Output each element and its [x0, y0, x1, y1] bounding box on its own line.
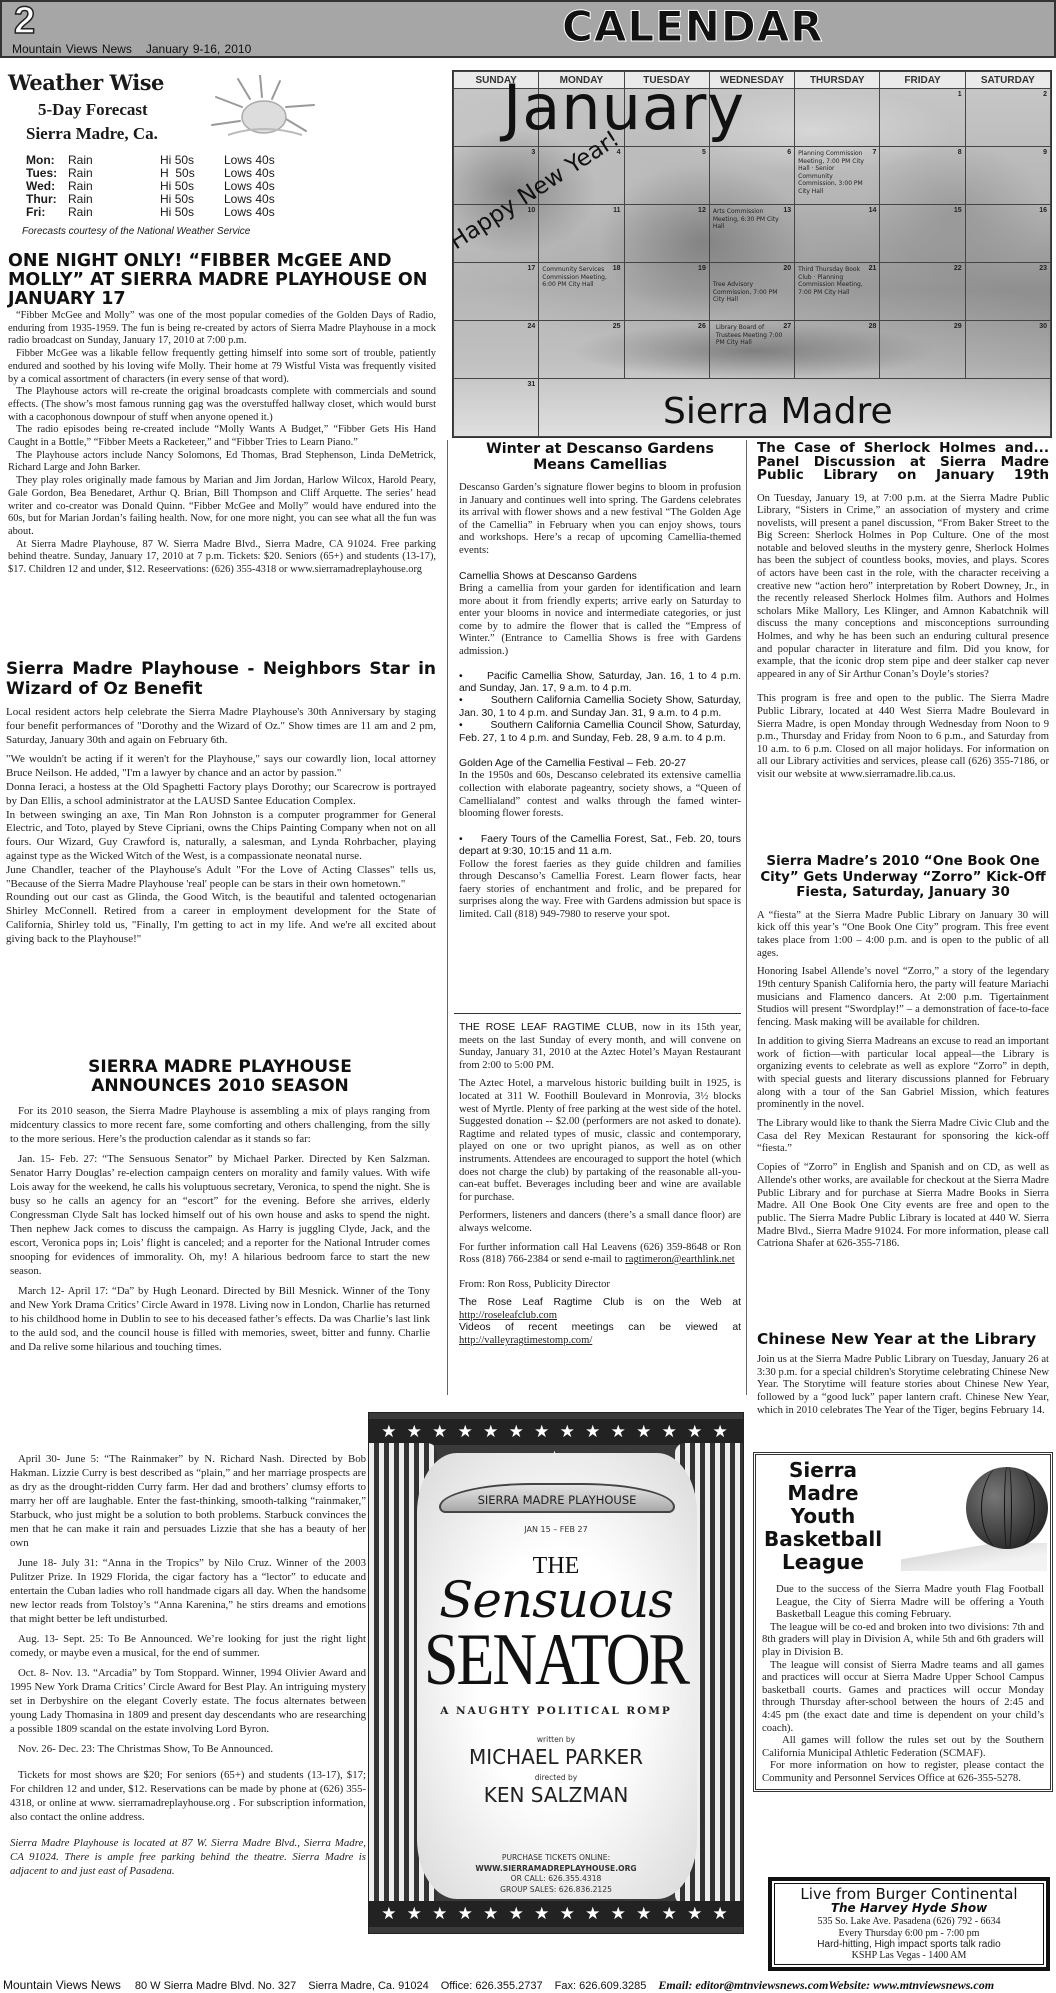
calendar-day: 19 [624, 263, 709, 321]
ad-show-name: The Harvey Hyde Show [775, 1901, 1043, 1915]
calendar-event: Third Thursday Book Club · Planning Comm… [798, 266, 868, 296]
article-body: A “fiesta” at the Sierra Madre Public Li… [757, 910, 1049, 1252]
forecast-row: Fri:RainHi 50sLows 40s [26, 206, 275, 219]
article-wizard-of-oz: Sierra Madre Playhouse - Neighbors Star … [6, 660, 436, 947]
article-body: Join us at the Sierra Madre Public Libra… [757, 1354, 1049, 1418]
weekday-header: THURSDAY [795, 72, 880, 89]
january-calendar: SUNDAY MONDAY TUESDAY WEDNESDAY THURSDAY… [452, 70, 1052, 438]
column-divider [447, 440, 448, 1395]
poster-title-senator: SENATOR [369, 1618, 743, 1703]
page-footer: Mountain Views News80 W Sierra Madre Blv… [0, 1978, 1056, 1993]
calendar-day: 11 [539, 205, 624, 263]
list-item: • Southern California Camellia Council S… [459, 720, 741, 745]
footer-website[interactable]: Website: www.mtnviewsnews.com [828, 1978, 994, 1992]
footer-office-phone: Office: 626.355.2737 [441, 1980, 543, 1992]
weekday-header: SATURDAY [965, 72, 1050, 89]
forecast-location: Sierra Madre, Ca. [26, 124, 158, 144]
article-headline: SIERRA MADRE PLAYHOUSE ANNOUNCES 2010 SE… [10, 1058, 430, 1096]
calendar-day [795, 89, 880, 147]
article-headline: The Case of Sherlock Holmes and... Panel… [757, 442, 1049, 483]
subhead: Golden Age of the Camellia Festival – Fe… [459, 758, 741, 770]
article-one-book-one-city: Sierra Madre’s 2010 “One Book One City” … [757, 854, 1049, 1251]
calendar-month-title: January [503, 71, 745, 144]
calendar-day: 17 [454, 263, 539, 321]
basketball-icon [966, 1467, 1048, 1549]
column-divider [746, 440, 747, 1395]
ad-tagline: Hard-hitting, High impact sports talk ra… [775, 1939, 1043, 1950]
calendar-day: 27Library Board of Trustees Meeting 7:00… [709, 321, 794, 379]
article-headline: Winter at Descanso Gardens Means Camelli… [459, 442, 741, 473]
calendar-event: Arts Commission Meeting, 6:30 PM City Ha… [713, 208, 783, 231]
calendar-day: 21Third Thursday Book Club · Planning Co… [795, 263, 880, 321]
calendar-event: Tree Advisory Commission, 7:00 PM City H… [713, 281, 783, 304]
calendar-day: 29 [880, 321, 965, 379]
poster-tagline: A NAUGHTY POLITICAL ROMP [369, 1705, 743, 1717]
calendar-day: 12 [624, 205, 709, 263]
poster-writer: MICHAEL PARKER [369, 1745, 743, 1769]
burger-continental-ad: Live from Burger Continental The Harvey … [768, 1877, 1050, 1971]
calendar-day: 16 [965, 205, 1050, 263]
calendar-day: 7Planning Commission Meeting, 7:00 PM Ci… [795, 147, 880, 205]
footer-publication: Mountain Views News [3, 1978, 121, 1992]
subhead: • Faery Tours of the Camellia Forest, Sa… [459, 834, 741, 859]
ad-address: 535 So. Lake Ave. Pasadena (626) 792 - 6… [775, 1916, 1043, 1927]
calendar-day: 25 [539, 321, 624, 379]
article-body: THE ROSE LEAF RAGTIME CLUB, now in its 1… [459, 1022, 741, 1348]
poster-ticket-info: PURCHASE TICKETS ONLINE: WWW.SIERRAMADRE… [369, 1853, 743, 1895]
calendar-day: 20Tree Advisory Commission, 7:00 PM City… [709, 263, 794, 321]
weekday-header: FRIDAY [880, 72, 965, 89]
sun-icon [208, 75, 318, 140]
poster-banner: SIERRA MADRE PLAYHOUSE [439, 1483, 675, 1513]
calendar-day: 9 [965, 147, 1050, 205]
calendar-day: 23 [965, 263, 1050, 321]
list-item: • Pacific Camellia Show, Saturday, Jan. … [459, 671, 741, 696]
calendar-place-title: Sierra Madre [663, 391, 893, 432]
sensuous-senator-poster: ★ ★ ★ ★ ★ ★ ★ ★ ★ ★ ★ ★ ★ ★ ★ SIERRA MAD… [368, 1412, 744, 1934]
forecast-subtitle: 5-Day Forecast [38, 100, 148, 120]
footer-city: Sierra Madre, Ca. 91024 [308, 1980, 428, 1992]
calendar-day: 1 [880, 89, 965, 147]
email-link[interactable]: ragtimeron@earthlink.net [625, 1254, 734, 1265]
calendar-event: Library Board of Trustees Meeting 7:00 P… [716, 324, 786, 347]
poster-dates: JAN 15 – FEB 27 [369, 1525, 743, 1534]
calendar-day: 31 [454, 379, 539, 437]
calendar-event: Planning Commission Meeting, 7:00 PM Cit… [798, 150, 868, 195]
calendar-day: 5 [624, 147, 709, 205]
calendar-day: 28 [795, 321, 880, 379]
calendar-day: 18Community Services Commission Meeting,… [539, 263, 624, 321]
weather-box: Weather Wise 5-Day Forecast Sierra Madre… [8, 70, 438, 230]
calendar-day: 24 [454, 321, 539, 379]
article-body: Due to the success of the Sierra Madre y… [762, 1583, 1044, 1785]
website-link[interactable]: http://roseleafclub.com [459, 1310, 557, 1321]
forecast-credit: Forecasts courtesy of the National Weath… [22, 226, 250, 237]
video-link[interactable]: http://valleyragtimestomp.com/ [459, 1335, 592, 1346]
calendar-day: 14 [795, 205, 880, 263]
article-descanso-camellias: Winter at Descanso Gardens Means Camelli… [459, 442, 741, 922]
masthead: 2 Mountain Views NewsJanuary 9-16, 2010 … [0, 0, 1056, 58]
calendar-event: Community Services Commission Meeting, 6… [542, 266, 612, 289]
article-headline: Chinese New Year at the Library [757, 1330, 1049, 1348]
calendar-day: 13Arts Commission Meeting, 6:30 PM City … [709, 205, 794, 263]
article-body: Local resident actors help celebrate the… [6, 706, 436, 947]
issue-date: January 9-16, 2010 [146, 42, 251, 56]
article-headline: Sierra Madre Playhouse - Neighbors Star … [6, 660, 436, 699]
article-fibber-mcgee: ONE NIGHT ONLY! “FIBBER McGEE AND MOLLY”… [8, 252, 436, 577]
poster-director: KEN SALZMAN [369, 1783, 743, 1807]
list-item: • Southern California Camellia Society S… [459, 695, 741, 720]
star-border-top: ★ ★ ★ ★ ★ ★ ★ ★ ★ ★ ★ ★ ★ ★ ★ [369, 1419, 743, 1445]
basketball-league-box: Sierra Madre Youth Basketball League Due… [753, 1452, 1053, 1792]
article-headline: ONE NIGHT ONLY! “FIBBER McGEE AND MOLLY”… [8, 252, 436, 309]
article-body: “Fibber McGee and Molly” was one of the … [8, 310, 436, 577]
article-headline: Sierra Madre Youth Basketball League [764, 1459, 882, 1574]
calendar-day: 15 [880, 205, 965, 263]
section-divider [454, 1013, 741, 1014]
article-ragtime-club: THE ROSE LEAF RAGTIME CLUB, now in its 1… [459, 1022, 741, 1348]
article-body: On Tuesday, January 19, at 7:00 p.m. at … [757, 493, 1049, 782]
ad-station: KSHP Las Vegas - 1400 AM [775, 1950, 1043, 1961]
section-title: CALENDAR [562, 2, 824, 51]
article-2010-season-continued: April 30- June 5: “The Rainmaker” by N. … [10, 1452, 366, 1878]
article-body: Descanso Garden’s signature flower begin… [459, 482, 741, 922]
calendar-day: 8 [880, 147, 965, 205]
publication-name: Mountain Views News [12, 42, 132, 56]
calendar-day: 6 [709, 147, 794, 205]
ad-schedule: Every Thursday 6:00 pm - 7:00 pm [775, 1929, 1043, 1939]
page-number: 2 [14, 0, 35, 43]
article-body: For its 2010 season, the Sierra Madre Pl… [10, 1104, 430, 1354]
footer-email[interactable]: Email: editor@mtnviewsnews.com [658, 1978, 828, 1992]
article-sherlock-holmes: The Case of Sherlock Holmes and... Panel… [757, 442, 1049, 782]
court-image [901, 1543, 1047, 1571]
subhead: Camellia Shows at Descanso Gardens [459, 571, 741, 583]
calendar-day: 30 [965, 321, 1050, 379]
issue-line: Mountain Views NewsJanuary 9-16, 2010 [12, 42, 251, 56]
article-2010-season: SIERRA MADRE PLAYHOUSE ANNOUNCES 2010 SE… [10, 1058, 430, 1354]
club-name: THE ROSE LEAF RAGTIME CLUB, [459, 1022, 637, 1033]
calendar-day: 26 [624, 321, 709, 379]
article-chinese-new-year: Chinese New Year at the Library Join us … [757, 1330, 1049, 1418]
footer-fax: Fax: 626.609.3285 [555, 1980, 647, 1992]
calendar-day: 2 [965, 89, 1050, 147]
playhouse-location-note: Sierra Madre Playhouse is located at 87 … [10, 1836, 366, 1878]
camellia-shows-list: • Pacific Camellia Show, Saturday, Jan. … [459, 671, 741, 745]
article-headline: Sierra Madre’s 2010 “One Book One City” … [757, 854, 1049, 901]
star-border-bottom: ★ ★ ★ ★ ★ ★ ★ ★ ★ ★ ★ ★ ★ ★ ★ [369, 1901, 743, 1927]
forecast-table: Mon:RainHi 50sLows 40s Tues:RainH 50sLow… [26, 154, 275, 219]
calendar-day: 22 [880, 263, 965, 321]
article-body: April 30- June 5: “The Rainmaker” by N. … [10, 1452, 366, 1878]
footer-address: 80 W Sierra Madre Blvd. No. 327 [135, 1980, 296, 1992]
